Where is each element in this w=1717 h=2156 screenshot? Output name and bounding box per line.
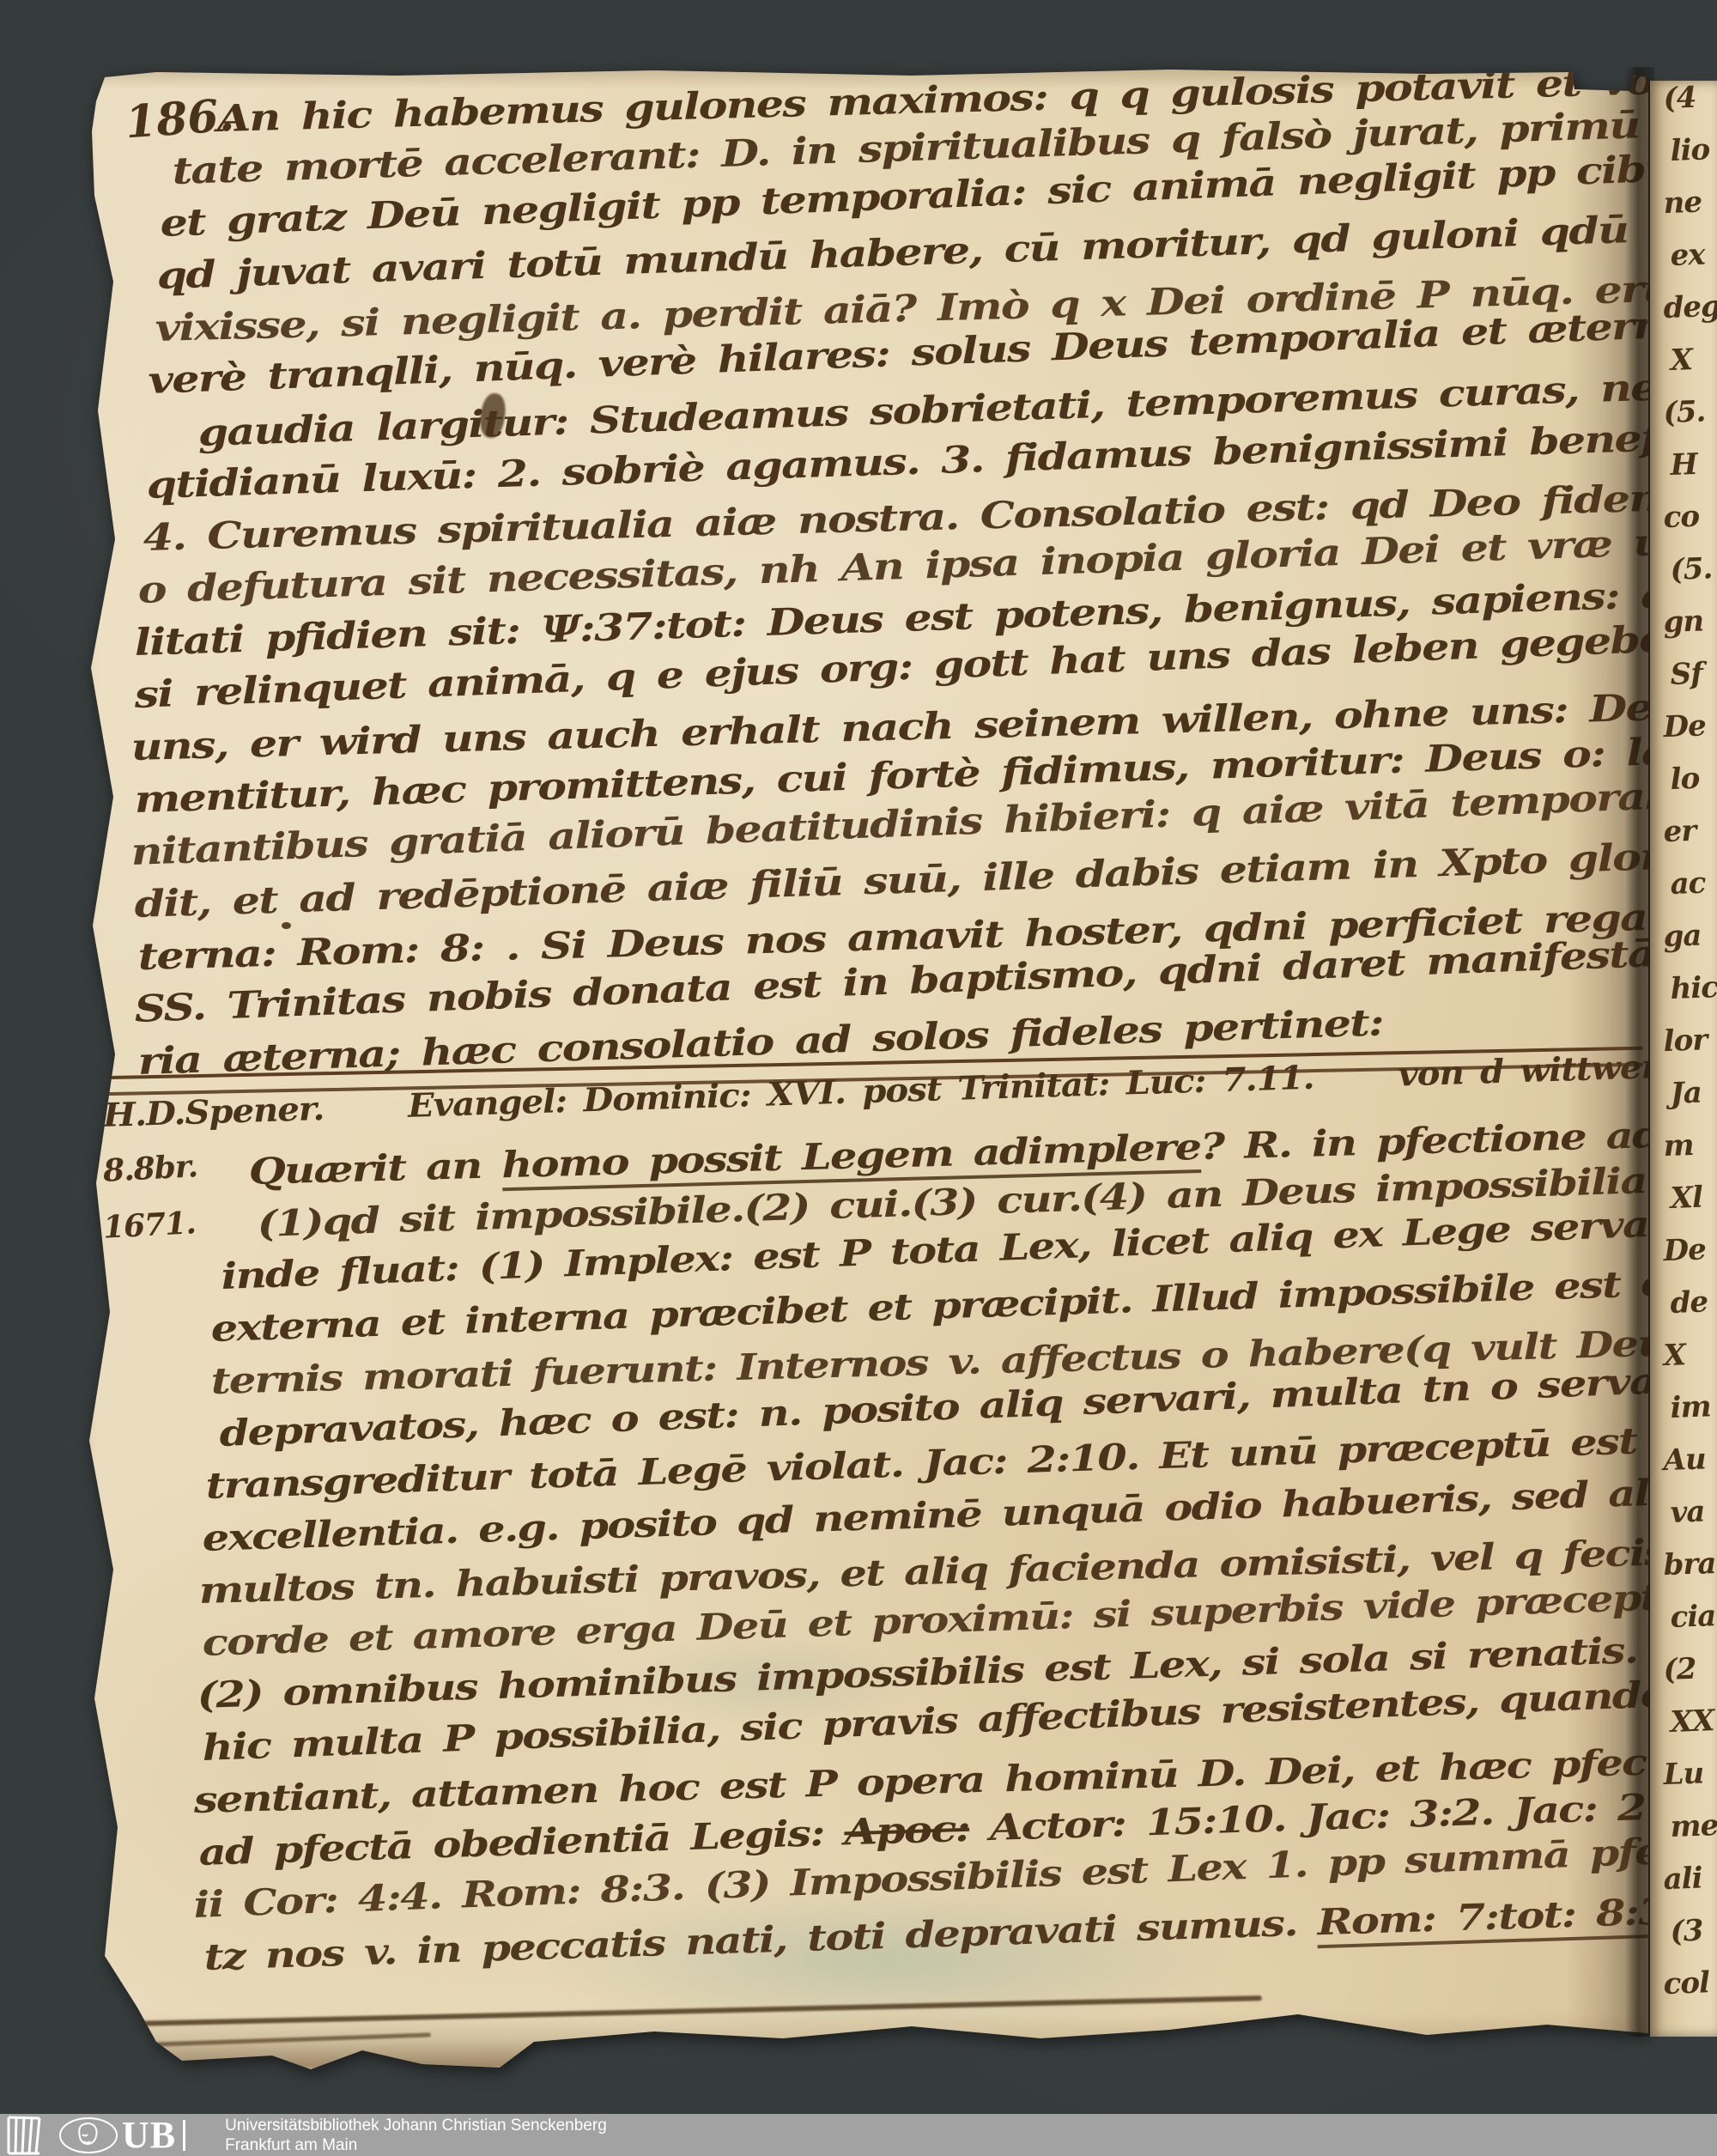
facing-page-text-fragment: lor [1663,1023,1717,1077]
facing-page-text-fragment: ac [1670,865,1717,920]
facing-page-text-fragment: er [1663,813,1717,867]
facing-page-text-fragment: Sf [1670,656,1717,710]
manuscript-page: 186. An hic habemus gulones maximos: q q… [53,67,1648,2069]
facing-page-text-fragment: De [1663,708,1717,762]
goethe-portrait-icon [57,2116,120,2155]
library-name: Universitätsbibliothek Johann Christian … [225,2116,607,2135]
facing-page-strip: (4lioneexdegX(5.Hco(5.gnSfDeloeracgahicl… [1650,81,1717,2037]
section1-lines: An hic habemus gulones maximos: q q gulo… [150,98,1661,1093]
manuscript-scan: 186. An hic habemus gulones maximos: q q… [0,0,1717,2156]
facing-page-text-fragment: (2 [1663,1651,1717,1705]
facing-page-text-fragment: De [1663,1232,1717,1286]
facing-page-text-fragment: (5. [1663,394,1717,448]
facing-page-text-fragment: hic [1670,970,1717,1024]
facing-page-text-fragment: lio [1670,132,1717,186]
margin-year: 1671. [102,1205,197,1246]
facing-page-text-fragment: (3 [1670,1913,1717,1967]
facing-page-text-fragment: im [1670,1389,1717,1443]
facing-page-text-fragment: Au [1663,1442,1717,1496]
paper-sheet: 186. An hic habemus gulones maximos: q q… [53,67,1648,2069]
facing-page-text-fragment: ga [1663,918,1717,972]
facing-page-text-fragment: H [1670,446,1717,501]
facing-page-text-fragment: ne [1663,185,1717,239]
facing-page-text-fragment: col [1663,1965,1717,2019]
facing-page-text-fragment: (5. [1670,551,1717,605]
facing-page-text-fragment: de [1670,1284,1717,1339]
facing-page-text-fragment: deg [1663,289,1717,343]
page-left-edge [53,67,98,2069]
facing-page-text-fragment: Ja [1670,1075,1717,1129]
library-footer: UB Universitätsbibliothek Johann Christi… [0,2114,1717,2156]
author-label: H.D.Spener. [102,1089,325,1134]
facing-page-text-fragment: gn [1663,604,1717,658]
facing-page-text-fragment: cian [1670,1599,1717,1653]
logo-separator [183,2120,185,2151]
section2-lines: Quærit an homo possit Legem adimplere? R… [215,1151,1674,1989]
facing-page-text-fragment: lo [1670,761,1717,815]
ub-logo-text: UB [122,2114,176,2156]
margin-date: 8.8br. [102,1148,198,1189]
facing-page-text-fragment: me [1670,1808,1717,1862]
facing-page-text-fragment: ali [1663,1861,1717,1915]
facing-page-text-fragment: co [1663,499,1717,553]
facing-page-text-fragment: X [1670,342,1717,396]
facing-page-text-fragment: ex [1670,237,1717,291]
library-city: Frankfurt am Main [225,2135,607,2155]
facing-page-text-fragment: XX [1670,1704,1717,1758]
book-spines-icon [5,2116,53,2155]
facing-page-text-fragment: m [1663,1127,1717,1181]
torn-bottom-edge [53,2014,1648,2069]
library-logo: UB [0,2114,185,2156]
facing-page-text-fragment: bra [1663,1546,1717,1600]
facing-page-text-fragment: Lu [1663,1756,1717,1810]
facing-page-text-fragment: va [1670,1494,1717,1548]
facing-page-text-fragment: X [1663,1337,1717,1391]
facing-page-text-fragment: (4 [1663,81,1717,134]
facing-page-text-fragment: Xl [1670,1180,1717,1234]
